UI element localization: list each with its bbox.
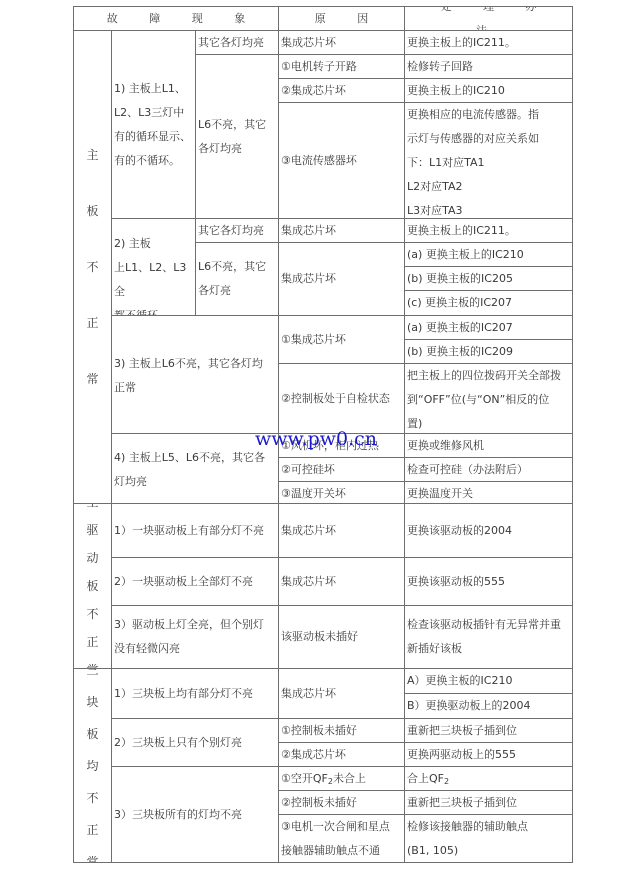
header-remedy-text: 处 理 办 法 <box>407 6 570 31</box>
condition-cell: L6不亮，其它各灯亮 <box>195 242 279 316</box>
remedy-line: 更换相应的电流传感器。指 <box>407 103 570 127</box>
cause-cell: ②集成芯片坏 <box>278 742 405 767</box>
remedy-cell: 重新把三块板子插到位 <box>404 718 573 743</box>
remedy-cell: 更换两驱动板上的555 <box>404 742 573 767</box>
cause-text: ②控制板未插好 <box>281 796 357 809</box>
remedy-text: (b) 更换主板的IC205 <box>407 272 513 285</box>
label-char: 三 <box>86 668 98 682</box>
remedy-line: 把主板上的四位拨码开关全部拨 <box>407 364 570 388</box>
section-label-three-boards: 三 块 板 均 不 正 常 <box>73 668 112 863</box>
label-char: 板 <box>86 199 98 223</box>
cause-text: ②可控硅坏 <box>281 463 335 476</box>
symptom-cell: 3）驱动板上灯全亮，但个别灯 没有轻微闪亮 <box>111 605 279 669</box>
symptom-cell: 1）三块板上均有部分灯不亮 <box>111 668 279 719</box>
header-symptom: 故 障 现 象 <box>73 6 279 31</box>
remedy-text: B）更换驱动板上的2004 <box>407 699 531 712</box>
cause-text: 未合上 <box>333 772 366 785</box>
remedy-text: 更换或维修风机 <box>407 439 484 452</box>
cause-cell: ①控制板未插好 <box>278 718 405 743</box>
cause-cell: ②控制板处于自检状态 <box>278 363 405 434</box>
watermark: www.pw0.cn <box>255 428 377 450</box>
condition-cell: 其它各灯均亮 <box>195 30 279 55</box>
remedy-text: 检修转子回路 <box>407 60 473 73</box>
label-char: 正 <box>86 630 98 654</box>
label-char: 不 <box>86 602 98 626</box>
remedy-text: A）更换主板的IC210 <box>407 674 512 687</box>
remedy-cell: 更换主板上的IC210 <box>404 78 573 103</box>
cause-cell: ②可控硅坏 <box>278 457 405 482</box>
label-char: 块 <box>86 690 98 714</box>
label-char: 不 <box>86 786 98 810</box>
cause-text: ③电流传感器坏 <box>281 149 357 173</box>
remedy-cell: 更换或维修风机 <box>404 433 573 458</box>
remedy-text: 更换主板上的IC211。 <box>407 36 516 49</box>
symptom-text: 2）一块驱动板上全部灯不亮 <box>114 570 253 594</box>
cause-text: ②集成芯片坏 <box>281 748 346 761</box>
cause-cell: ①电机转子开路 <box>278 54 405 79</box>
symptom-line: 上L1、L2、L3全 <box>114 256 193 304</box>
cause-cell: ③温度开关坏 <box>278 481 405 504</box>
remedy-cell: 检修该接触器的辅助触点 (B1, 105) <box>404 814 573 863</box>
cause-text: ①集成芯片坏 <box>281 328 346 352</box>
remedy-cell: 检查可控硅（办法附后） <box>404 457 573 482</box>
section-label-drive-board: 主 驱 动 板 不 正 常 <box>73 503 112 669</box>
remedy-text: 检查可控硅（办法附后） <box>407 463 528 476</box>
remedy-line: 示灯与传感器的对应关系如 <box>407 127 570 151</box>
cause-text: ③温度开关坏 <box>281 487 346 500</box>
symptom-text: 1）一块驱动板上有部分灯不亮 <box>114 519 264 543</box>
remedy-cell: (b) 更换主板的IC205 <box>404 266 573 291</box>
label-char: 板 <box>86 574 98 598</box>
symptom-line: 灯均亮 <box>114 470 276 494</box>
label-char: 主 <box>86 143 98 167</box>
cause-cell: ①集成芯片坏 <box>278 315 405 364</box>
subscript: 2 <box>444 777 449 786</box>
cause-text: 集成芯片坏 <box>281 682 336 706</box>
symptom-cell: 1）一块驱动板上有部分灯不亮 <box>111 503 279 558</box>
remedy-text: 合上QF <box>407 772 444 785</box>
cause-text: ②控制板处于自检状态 <box>281 387 390 411</box>
cause-text: 集成芯片坏 <box>281 36 336 49</box>
cause-text: ②集成芯片坏 <box>281 84 346 97</box>
remedy-text: 更换主板上的IC211。 <box>407 224 516 237</box>
cause-cell: 集成芯片坏 <box>278 242 405 316</box>
remedy-cell: (a) 更换主板的IC207 <box>404 315 573 340</box>
label-char: 常 <box>86 367 98 391</box>
symptom-line: 3) 主板上L6不亮，其它各灯均 <box>114 352 276 376</box>
remedy-cell: 检查该驱动板插针有无异常并重 新插好该板 <box>404 605 573 669</box>
symptom-line: 2) 主板 <box>114 232 193 256</box>
remedy-cell: B）更换驱动板上的2004 <box>404 693 573 719</box>
remedy-line: 置) <box>407 412 570 434</box>
condition-text: 其它各灯均亮 <box>198 224 264 237</box>
cause-cell: ②控制板未插好 <box>278 790 405 815</box>
remedy-cell: (c) 更换主板的IC207 <box>404 290 573 316</box>
remedy-cell: 检修转子回路 <box>404 54 573 79</box>
remedy-text: (c) 更换主板的IC207 <box>407 296 512 309</box>
cause-text: ①控制板未插好 <box>281 724 357 737</box>
symptom-cell: 3）三块板所有的灯均不亮 <box>111 766 279 863</box>
cause-cell: 该驱动板未插好 <box>278 605 405 669</box>
remedy-line: 下：L1对应TA1 <box>407 151 570 175</box>
remedy-text: 更换温度开关 <box>407 487 473 500</box>
cause-text: 集成芯片坏 <box>281 267 336 291</box>
remedy-text: (a) 更换主板上的IC210 <box>407 248 524 261</box>
cause-cell: ①空开QF2未合上 <box>278 766 405 791</box>
cause-text: ①电机转子开路 <box>281 60 357 73</box>
remedy-cell: (b) 更换主板的IC209 <box>404 339 573 364</box>
remedy-cell: 重新把三块板子插到位 <box>404 790 573 815</box>
remedy-cell: 更换温度开关 <box>404 481 573 504</box>
symptom-text: 2）三块板上只有个别灯亮 <box>114 731 242 755</box>
remedy-line: 检修该接触器的辅助触点 <box>407 815 570 839</box>
label-char: 正 <box>86 818 98 842</box>
cause-cell: 集成芯片坏 <box>278 503 405 558</box>
remedy-cell: 更换相应的电流传感器。指 示灯与传感器的对应关系如 下：L1对应TA1 L2对应… <box>404 102 573 219</box>
label-char: 驱 <box>86 518 98 542</box>
header-remedy: 处 理 办 法 <box>404 6 573 31</box>
header-cause: 原 因 <box>278 6 405 31</box>
cause-text: 集成芯片坏 <box>281 519 336 543</box>
label-char: 正 <box>86 311 98 335</box>
remedy-line: (B1, 105) <box>407 839 570 863</box>
remedy-cell: 更换该驱动板的2004 <box>404 503 573 558</box>
cause-text: 该驱动板未插好 <box>281 625 358 649</box>
remedy-text: (b) 更换主板的IC209 <box>407 345 513 358</box>
remedy-cell: 更换该驱动板的555 <box>404 557 573 606</box>
label-char: 板 <box>86 722 98 746</box>
remedy-cell: 把主板上的四位拨码开关全部拨 到“OFF”位(与“ON”相反的位 置) <box>404 363 573 434</box>
cause-cell: 集成芯片坏 <box>278 668 405 719</box>
remedy-text: 更换主板上的IC210 <box>407 84 505 97</box>
cause-cell: 集成芯片坏 <box>278 218 405 243</box>
remedy-line: L3对应TA3 <box>407 199 570 219</box>
cause-line: 接触器辅助触点不通 <box>281 839 402 863</box>
remedy-line: 到“OFF”位(与“ON”相反的位 <box>407 388 570 412</box>
condition-cell: L6不亮，其它各灯均亮 <box>195 54 279 219</box>
condition-text: 其它各灯均亮 <box>198 36 264 49</box>
header-cause-text: 原 因 <box>301 7 383 31</box>
cause-text: 集成芯片坏 <box>281 224 336 237</box>
cause-cell: ③电机一次合闸和星点 接触器辅助触点不通 <box>278 814 405 863</box>
remedy-text: (a) 更换主板的IC207 <box>407 321 513 334</box>
condition-text: L6不亮，其它各灯均亮 <box>198 113 276 161</box>
label-char: 不 <box>86 255 98 279</box>
remedy-text: 重新把三块板子插到位 <box>407 796 517 809</box>
symptom-cell: 4) 主板上L5、L6不亮，其它各 灯均亮 <box>111 433 279 504</box>
symptom-cell: 2）一块驱动板上全部灯不亮 <box>111 557 279 606</box>
remedy-cell: 更换主板上的IC211。 <box>404 30 573 55</box>
cause-cell: 集成芯片坏 <box>278 557 405 606</box>
label-char: 主 <box>86 503 98 514</box>
symptom-text: 3）三块板所有的灯均不亮 <box>114 803 242 827</box>
remedy-cell: A）更换主板的IC210 <box>404 668 573 694</box>
remedy-line: 检查该驱动板插针有无异常并重 <box>407 613 570 637</box>
label-char: 均 <box>86 754 98 778</box>
symptom-text: 1）三块板上均有部分灯不亮 <box>114 682 253 706</box>
remedy-text: 更换该驱动板的2004 <box>407 519 512 543</box>
remedy-cell: 更换主板上的IC211。 <box>404 218 573 243</box>
cause-cell: ③电流传感器坏 <box>278 102 405 219</box>
symptom-line: 4) 主板上L5、L6不亮，其它各 <box>114 446 276 470</box>
header-symptom-text: 故 障 现 象 <box>93 7 260 31</box>
condition-text: L6不亮，其它各灯亮 <box>198 255 276 303</box>
label-char: 动 <box>86 546 98 570</box>
symptom-cell: 3) 主板上L6不亮，其它各灯均 正常 <box>111 315 279 434</box>
symptom-line: 正常 <box>114 376 276 400</box>
cause-cell: 集成芯片坏 <box>278 30 405 55</box>
symptom-cell: 2) 主板 上L1、L2、L3全 都不循环 <box>111 218 196 316</box>
remedy-cell: 合上QF2 <box>404 766 573 791</box>
symptom-cell: 1) 主板上L1、L2、L3三灯中有的循环显示、有的不循环。 <box>111 30 196 219</box>
cause-text: ①空开QF <box>281 772 328 785</box>
cause-line: ③电机一次合闸和星点 <box>281 815 402 839</box>
symptom-cell: 2）三块板上只有个别灯亮 <box>111 718 279 767</box>
label-char: 常 <box>86 850 98 864</box>
symptom-line: 3）驱动板上灯全亮，但个别灯 <box>114 613 276 637</box>
section-label-main-board: 主 板 不 正 常 <box>73 30 112 504</box>
remedy-text: 更换两驱动板上的555 <box>407 748 516 761</box>
cause-cell: ②集成芯片坏 <box>278 78 405 103</box>
remedy-line: 新插好该板 <box>407 637 570 661</box>
condition-cell: 其它各灯均亮 <box>195 218 279 243</box>
remedy-text: 更换该驱动板的555 <box>407 570 505 594</box>
remedy-text: 重新把三块板子插到位 <box>407 724 517 737</box>
symptom-text: 1) 主板上L1、L2、L3三灯中有的循环显示、有的不循环。 <box>114 77 193 173</box>
remedy-cell: (a) 更换主板上的IC210 <box>404 242 573 267</box>
remedy-line: L2对应TA2 <box>407 175 570 199</box>
cause-text: 集成芯片坏 <box>281 570 336 594</box>
symptom-line: 没有轻微闪亮 <box>114 637 276 661</box>
